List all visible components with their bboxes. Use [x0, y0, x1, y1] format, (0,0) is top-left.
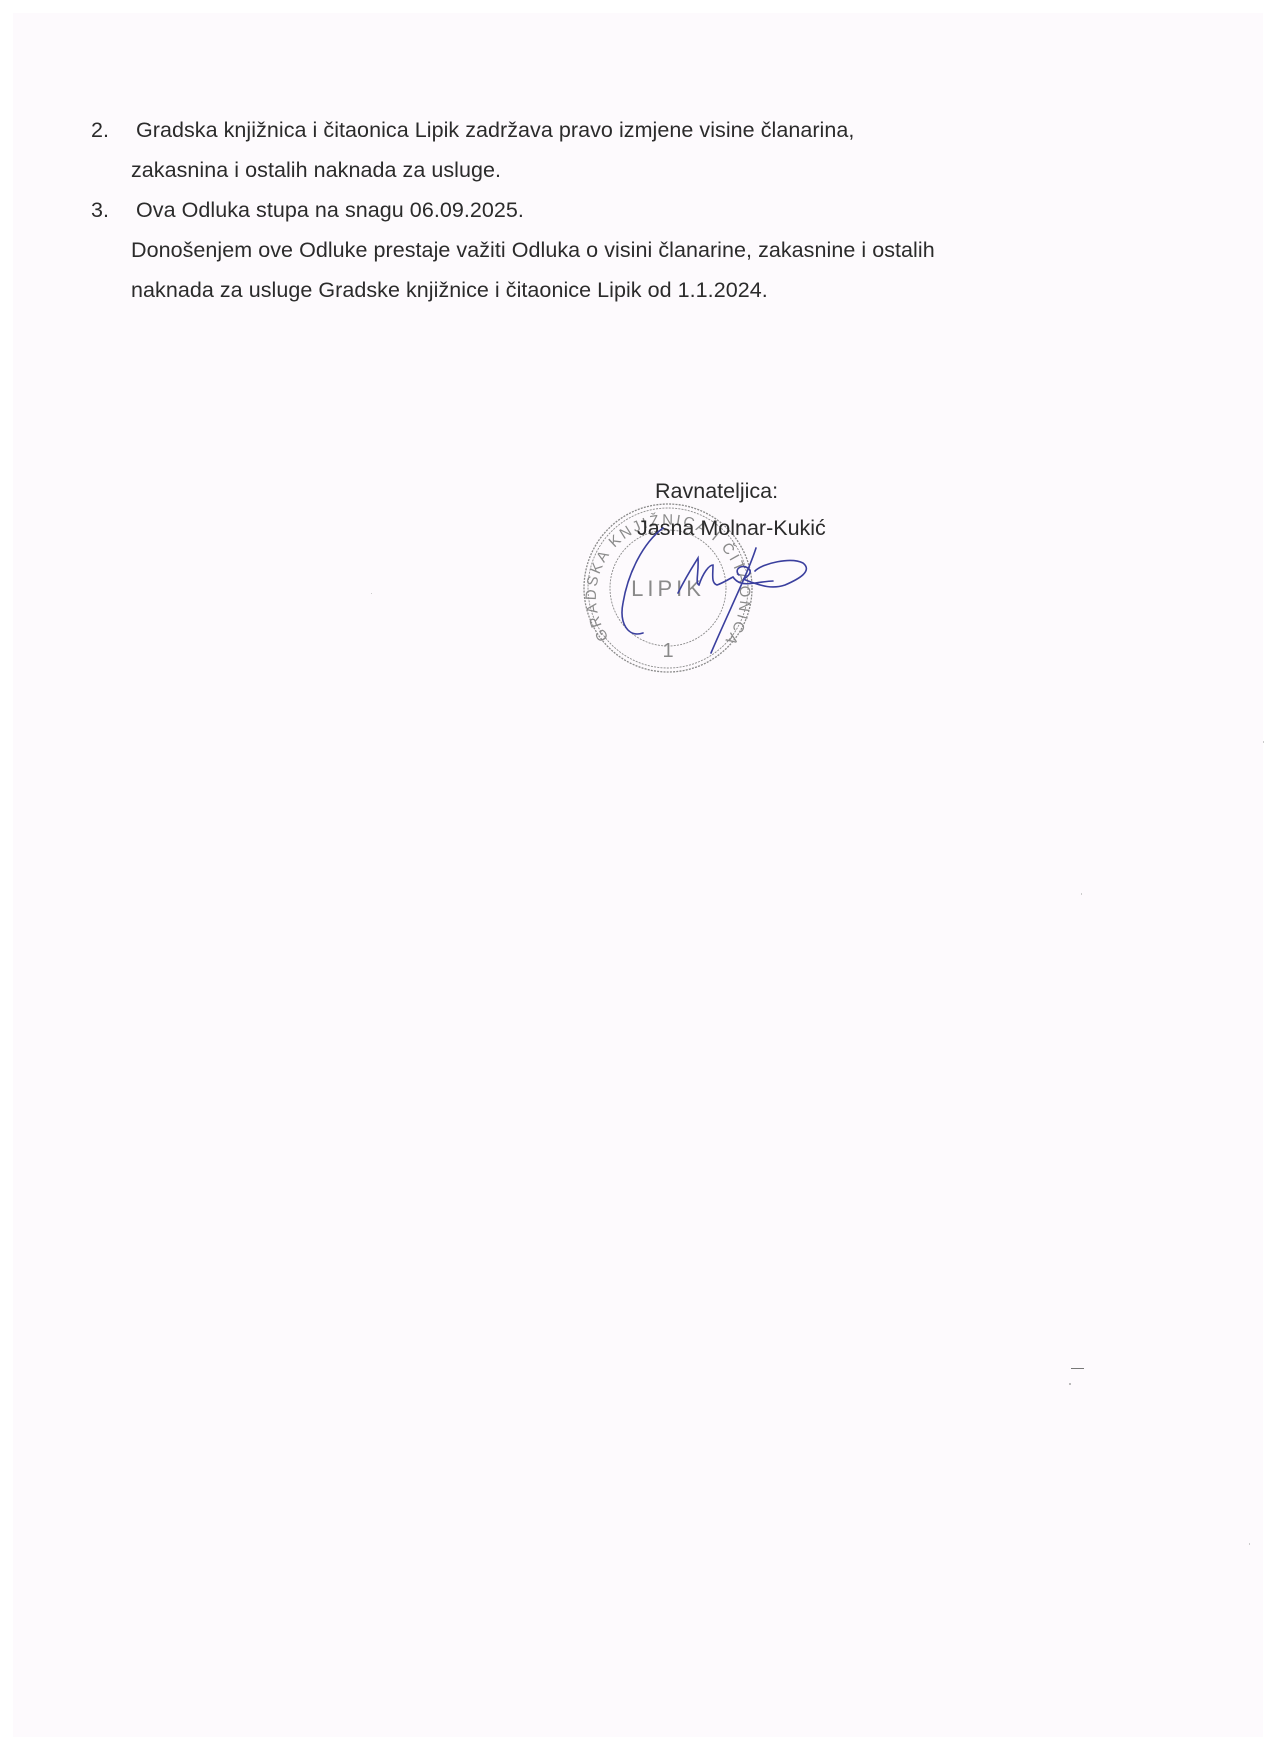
item-text-line: Ova Odluka stupa na snagu 06.09.2025. [136, 190, 524, 230]
item-text-line: naknada za usluge Gradske knjižnice i či… [131, 270, 768, 310]
scan-artifact [1071, 1368, 1084, 1369]
scan-artifact [1081, 893, 1082, 895]
item-text-line: zakasnina i ostalih naknada za usluge. [131, 150, 501, 190]
item-number: 2. [91, 110, 131, 150]
item-text-line: Gradska knjižnica i čitaonica Lipik zadr… [136, 110, 854, 150]
handwritten-signature [603, 513, 903, 663]
scan-artifact [371, 593, 372, 594]
signature-title: Ravnateljica: [655, 479, 778, 504]
scan-artifact [1263, 741, 1264, 743]
scan-artifact [1069, 1383, 1071, 1385]
item-number: 3. [91, 190, 131, 230]
document-page: 2. Gradska knjižnica i čitaonica Lipik z… [13, 13, 1263, 1737]
scan-artifact [1249, 1543, 1250, 1545]
item-text-line: Donošenjem ove Odluke prestaje važiti Od… [131, 230, 935, 270]
